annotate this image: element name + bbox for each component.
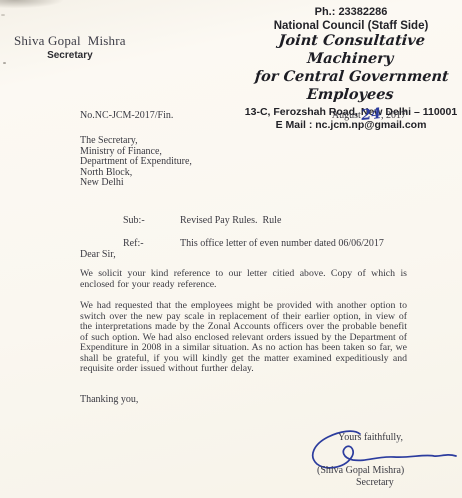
org-script-line2: for Central Government Employees bbox=[238, 68, 462, 104]
sender-name: Shiva Gopal Mishra bbox=[14, 33, 126, 49]
reference-row: No.NC-JCM-2017/Fin. August24, 2017 bbox=[80, 110, 406, 121]
subject-text: Revised Pay Rules. Rule bbox=[180, 215, 281, 226]
salutation: Dear Sir, bbox=[80, 249, 116, 260]
org-script-line1: Joint Consultative Machinery bbox=[238, 32, 462, 68]
recipient-address-block: The Secretary, Ministry of Finance, Depa… bbox=[80, 136, 192, 189]
recipient-line: New Delhi bbox=[80, 178, 192, 189]
scan-artifact-speck bbox=[1, 14, 5, 16]
letter-number: No.NC-JCM-2017/Fin. bbox=[80, 110, 173, 121]
letter-document: Shiva Gopal Mishra Secretary Ph.: 233822… bbox=[0, 0, 462, 498]
date-month: August bbox=[332, 110, 361, 121]
letter-date: August24, 2017 bbox=[332, 110, 406, 121]
reference-label: Ref:- bbox=[123, 238, 180, 249]
body-paragraph-1: We solicit your kind reference to our le… bbox=[80, 269, 407, 290]
body-paragraph-2: We had requested that the employees migh… bbox=[80, 301, 407, 375]
signatory-name: (Shiva Gopal Mishra) bbox=[317, 465, 404, 476]
letterhead-sender: Shiva Gopal Mishra Secretary bbox=[14, 33, 126, 61]
signatory-title: Secretary bbox=[356, 477, 394, 488]
reference-line-row: Ref:-This office letter of even number d… bbox=[113, 227, 384, 260]
reference-text: This office letter of even number dated … bbox=[180, 238, 384, 249]
closing-line: Thanking you, bbox=[80, 394, 138, 405]
org-phone: Ph.: 23382286 bbox=[240, 6, 462, 18]
subject-label: Sub:- bbox=[123, 215, 180, 226]
sender-title: Secretary bbox=[14, 50, 126, 61]
date-year: , 2017 bbox=[381, 110, 406, 121]
recipient-line: The Secretary, bbox=[80, 136, 192, 147]
org-name: National Council (Staff Side) bbox=[240, 20, 462, 32]
scan-artifact-speck bbox=[3, 62, 6, 64]
handwritten-day: 24 bbox=[361, 114, 381, 116]
